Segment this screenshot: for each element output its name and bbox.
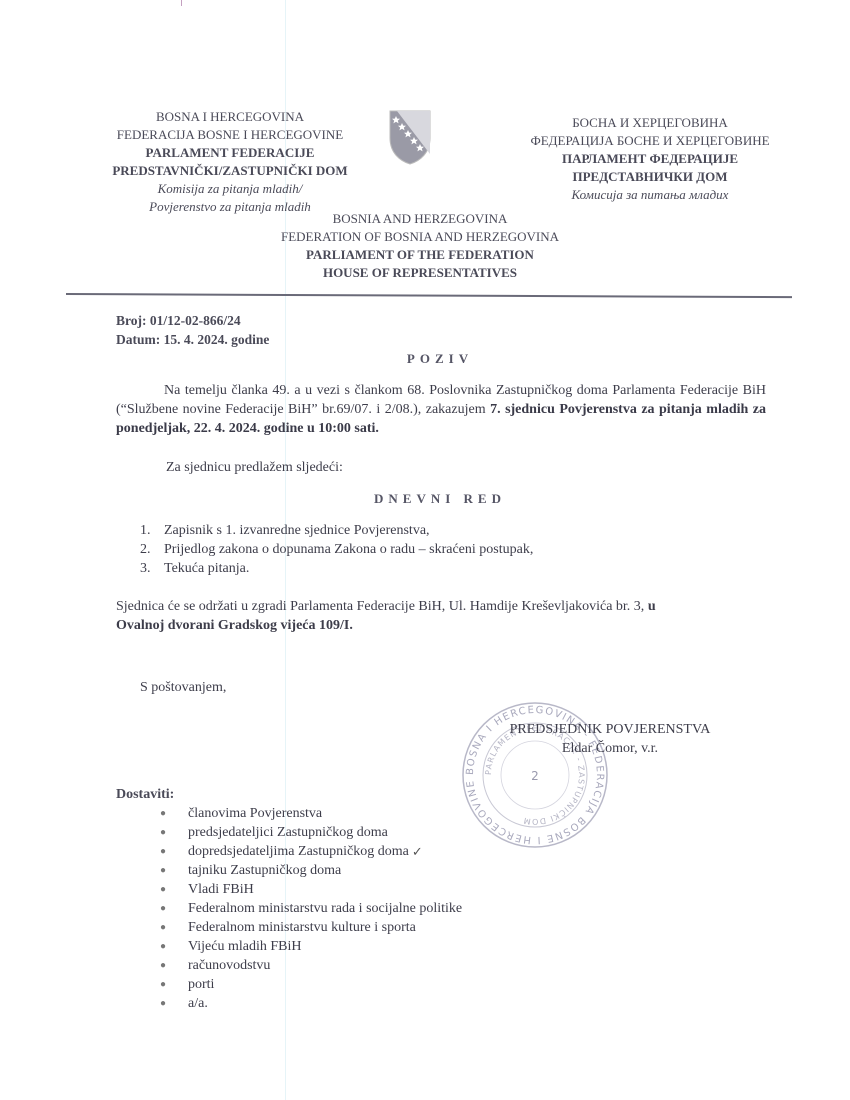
header-english: BOSNIA AND HERZEGOVINA FEDERATION OF BOS…	[250, 210, 590, 282]
recipient: dopredsjedateljima Zastupničkog doma	[188, 842, 409, 861]
recipient: Federalnom ministarstvu kulture i sporta	[188, 918, 416, 937]
agenda-item: 2. Prijedlog zakona o dopunama Zakona o …	[140, 540, 533, 559]
distribution-label: Dostaviti:	[116, 787, 174, 803]
agenda-item-text: Zapisnik s 1. izvanredne sjednice Povjer…	[164, 521, 430, 540]
header-federation-cyr: ФЕДЕРАЦИЈА БОСНЕ И ХЕРЦЕГОВИНЕ	[500, 132, 800, 150]
bullet-icon: ●	[160, 918, 188, 937]
list-item: ●dopredsjedateljima Zastupničkog doma✓	[160, 842, 462, 861]
header-house-cyr: ПРЕДСТАВНИЧКИ ДОМ	[500, 168, 800, 186]
header-federation: FEDERACIJA BOSNE I HERCEGOVINE	[80, 126, 380, 144]
proposal-text: Za sjednicu predlažem sljedeći:	[166, 458, 816, 477]
agenda-list: 1. Zapisnik s 1. izvanredne sjednice Pov…	[140, 521, 533, 578]
header-divider	[66, 293, 792, 298]
recipient: a/a.	[188, 994, 208, 1013]
recipient: članovima Povjerenstva	[188, 804, 322, 823]
list-item: ●porti	[160, 975, 462, 994]
header-country-cyr: БОСНА И ХЕРЦЕГОВИНА	[500, 114, 800, 132]
agenda-item-number: 3.	[140, 559, 164, 578]
agenda-item-number: 2.	[140, 540, 164, 559]
agenda-item: 3. Tekuća pitanja.	[140, 559, 533, 578]
bullet-icon: ●	[160, 899, 188, 918]
list-item: ●Vladi FBiH	[160, 880, 462, 899]
bullet-icon: ●	[160, 880, 188, 899]
bullet-icon: ●	[160, 956, 188, 975]
checkmark-icon: ✓	[412, 842, 423, 861]
stamp-center: 2	[531, 769, 539, 783]
header-cyrillic: БОСНА И ХЕРЦЕГОВИНА ФЕДЕРАЦИЈА БОСНЕ И Х…	[500, 114, 800, 204]
list-item: ●Vijeću mladih FBiH	[160, 937, 462, 956]
document-date: Datum: 15. 4. 2024. godine	[116, 332, 269, 348]
bullet-icon: ●	[160, 861, 188, 880]
bullet-icon: ●	[160, 975, 188, 994]
agenda-title: DNEVNI RED	[15, 491, 850, 507]
recipient: Federalnom ministarstvu rada i socijalne…	[188, 899, 462, 918]
list-item: ●računovodstvu	[160, 956, 462, 975]
header-country-en: BOSNIA AND HERZEGOVINA	[250, 210, 590, 228]
agenda-item: 1. Zapisnik s 1. izvanredne sjednice Pov…	[140, 521, 533, 540]
location-paragraph: Sjednica će se održati u zgradi Parlamen…	[116, 597, 676, 635]
list-item: ●a/a.	[160, 994, 462, 1013]
agenda-item-number: 1.	[140, 521, 164, 540]
bullet-icon: ●	[160, 994, 188, 1013]
signature-title: PREDSJEDNIK POVJERENSTVA	[480, 720, 740, 739]
recipient: tajniku Zastupničkog doma	[188, 861, 341, 880]
intro-paragraph: Na temelju članka 49. a u vezi s člankom…	[116, 381, 766, 438]
header-commission-cyr: Комисија за питања младих	[500, 186, 800, 204]
agenda-item-text: Tekuća pitanja.	[164, 559, 249, 578]
header-parliament: PARLAMENT FEDERACIJE	[80, 144, 380, 162]
location-text: Sjednica će se održati u zgradi Parlamen…	[116, 599, 648, 614]
signature-name: Eldar Čomor, v.r.	[480, 739, 740, 758]
scan-mark	[181, 0, 182, 6]
recipient: Vijeću mladih FBiH	[188, 937, 301, 956]
header-federation-en: FEDERATION OF BOSNIA AND HERZEGOVINA	[250, 228, 590, 246]
header-country: BOSNA I HERCEGOVINA	[80, 108, 380, 126]
agenda-item-text: Prijedlog zakona o dopunama Zakona o rad…	[164, 540, 533, 559]
header-house: PREDSTAVNIČKI/ZASTUPNIČKI DOM	[80, 162, 380, 180]
header-house-en: HOUSE OF REPRESENTATIVES	[250, 264, 590, 282]
list-item: ●Federalnom ministarstvu rada i socijaln…	[160, 899, 462, 918]
distribution-list: ●članovima Povjerenstva ●predsjedateljic…	[160, 804, 462, 1013]
header-latin: BOSNA I HERCEGOVINA FEDERACIJA BOSNE I H…	[80, 108, 380, 216]
recipient: Vladi FBiH	[188, 880, 254, 899]
signature-block: PREDSJEDNIK POVJERENSTVA Eldar Čomor, v.…	[480, 720, 740, 758]
header-parliament-en: PARLIAMENT OF THE FEDERATION	[250, 246, 590, 264]
recipient: računovodstvu	[188, 956, 270, 975]
list-item: ●članovima Povjerenstva	[160, 804, 462, 823]
closing-regards: S poštovanjem,	[140, 680, 226, 696]
header-commission: Komisija za pitanja mladih/	[80, 180, 380, 198]
bullet-icon: ●	[160, 804, 188, 823]
bullet-icon: ●	[160, 842, 188, 861]
header-parliament-cyr: ПАРЛАМЕНТ ФЕДЕРАЦИЈЕ	[500, 150, 800, 168]
bullet-icon: ●	[160, 823, 188, 842]
recipient: porti	[188, 975, 214, 994]
document-title: POZIV	[15, 351, 850, 367]
bullet-icon: ●	[160, 937, 188, 956]
list-item: ●tajniku Zastupničkog doma	[160, 861, 462, 880]
reference-number: Broj: 01/12-02-866/24	[116, 313, 241, 329]
list-item: ●predsjedateljici Zastupničkog doma	[160, 823, 462, 842]
recipient: predsjedateljici Zastupničkog doma	[188, 823, 388, 842]
list-item: ●Federalnom ministarstvu kulture i sport…	[160, 918, 462, 937]
coat-of-arms-icon	[387, 108, 433, 166]
